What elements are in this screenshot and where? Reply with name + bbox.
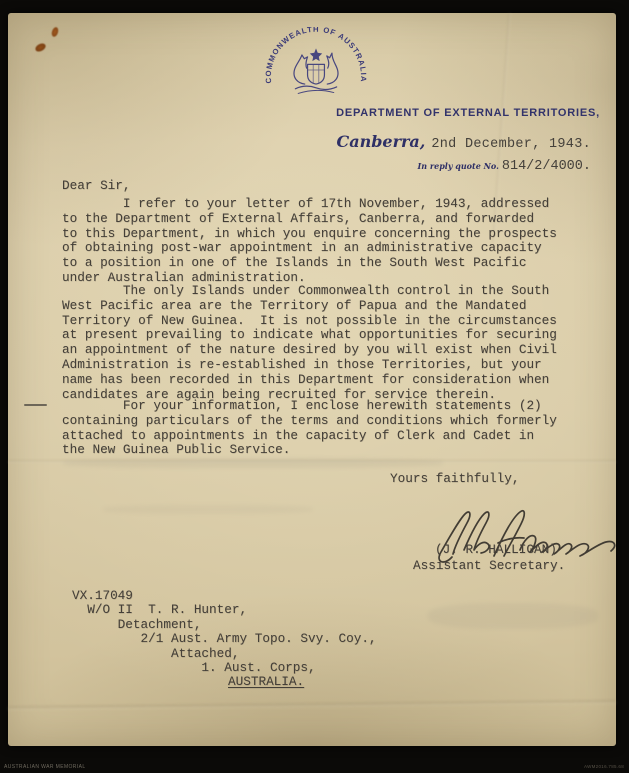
rust-stain bbox=[51, 26, 60, 37]
signatory-name: (J. R. HALLIGAN) bbox=[435, 543, 557, 558]
crest-star bbox=[310, 48, 322, 61]
closing-phrase: Yours faithfully, bbox=[390, 472, 519, 487]
archive-caption-right: AWM2016.785.68 bbox=[584, 764, 624, 769]
ink-bleedthrough bbox=[103, 505, 313, 514]
commonwealth-coat-of-arms-icon: COMMONWEALTH OF AUSTRALIA bbox=[255, 27, 377, 113]
reference-label: In reply quote No. bbox=[418, 161, 499, 171]
paragraph-3: For your information, I enclose herewith… bbox=[62, 399, 557, 458]
crest-shield bbox=[308, 64, 325, 84]
pencil-margin-mark bbox=[24, 404, 47, 406]
scan-background: COMMONWEALTH OF AUSTRALIA DEPARTMENT OF … bbox=[0, 0, 629, 773]
paragraph-2: The only Islands under Commonwealth cont… bbox=[62, 284, 557, 402]
salutation: Dear Sir, bbox=[62, 179, 131, 194]
crest-emu bbox=[327, 53, 338, 84]
rust-stain bbox=[34, 42, 47, 53]
paragraph-1: I refer to your letter of 17th November,… bbox=[62, 197, 557, 286]
crest-scroll bbox=[295, 86, 336, 89]
reference-line: In reply quote No.814/2/4000. bbox=[418, 156, 591, 174]
letter-date: 2nd December, 1943. bbox=[431, 137, 591, 152]
signatory-title: Assistant Secretary. bbox=[413, 559, 565, 574]
ink-bleedthrough bbox=[428, 603, 598, 629]
place-name: Canberra, bbox=[336, 132, 425, 151]
paper-crease bbox=[8, 700, 616, 710]
department-heading: DEPARTMENT OF EXTERNAL TERRITORIES, bbox=[336, 107, 600, 119]
reference-number: 814/2/4000. bbox=[502, 159, 591, 174]
letter-paper: COMMONWEALTH OF AUSTRALIA DEPARTMENT OF … bbox=[8, 13, 616, 746]
recipient-address: VX.17049 W/O II T. R. Hunter, Detachment… bbox=[72, 589, 377, 675]
date-line: Canberra,2nd December, 1943. bbox=[336, 132, 591, 152]
ink-bleedthrough bbox=[63, 458, 443, 468]
archive-caption-left: AUSTRALIAN WAR MEMORIAL bbox=[4, 764, 86, 770]
crest-kangaroo bbox=[294, 55, 308, 84]
recipient-country: AUSTRALIA. bbox=[228, 675, 304, 690]
